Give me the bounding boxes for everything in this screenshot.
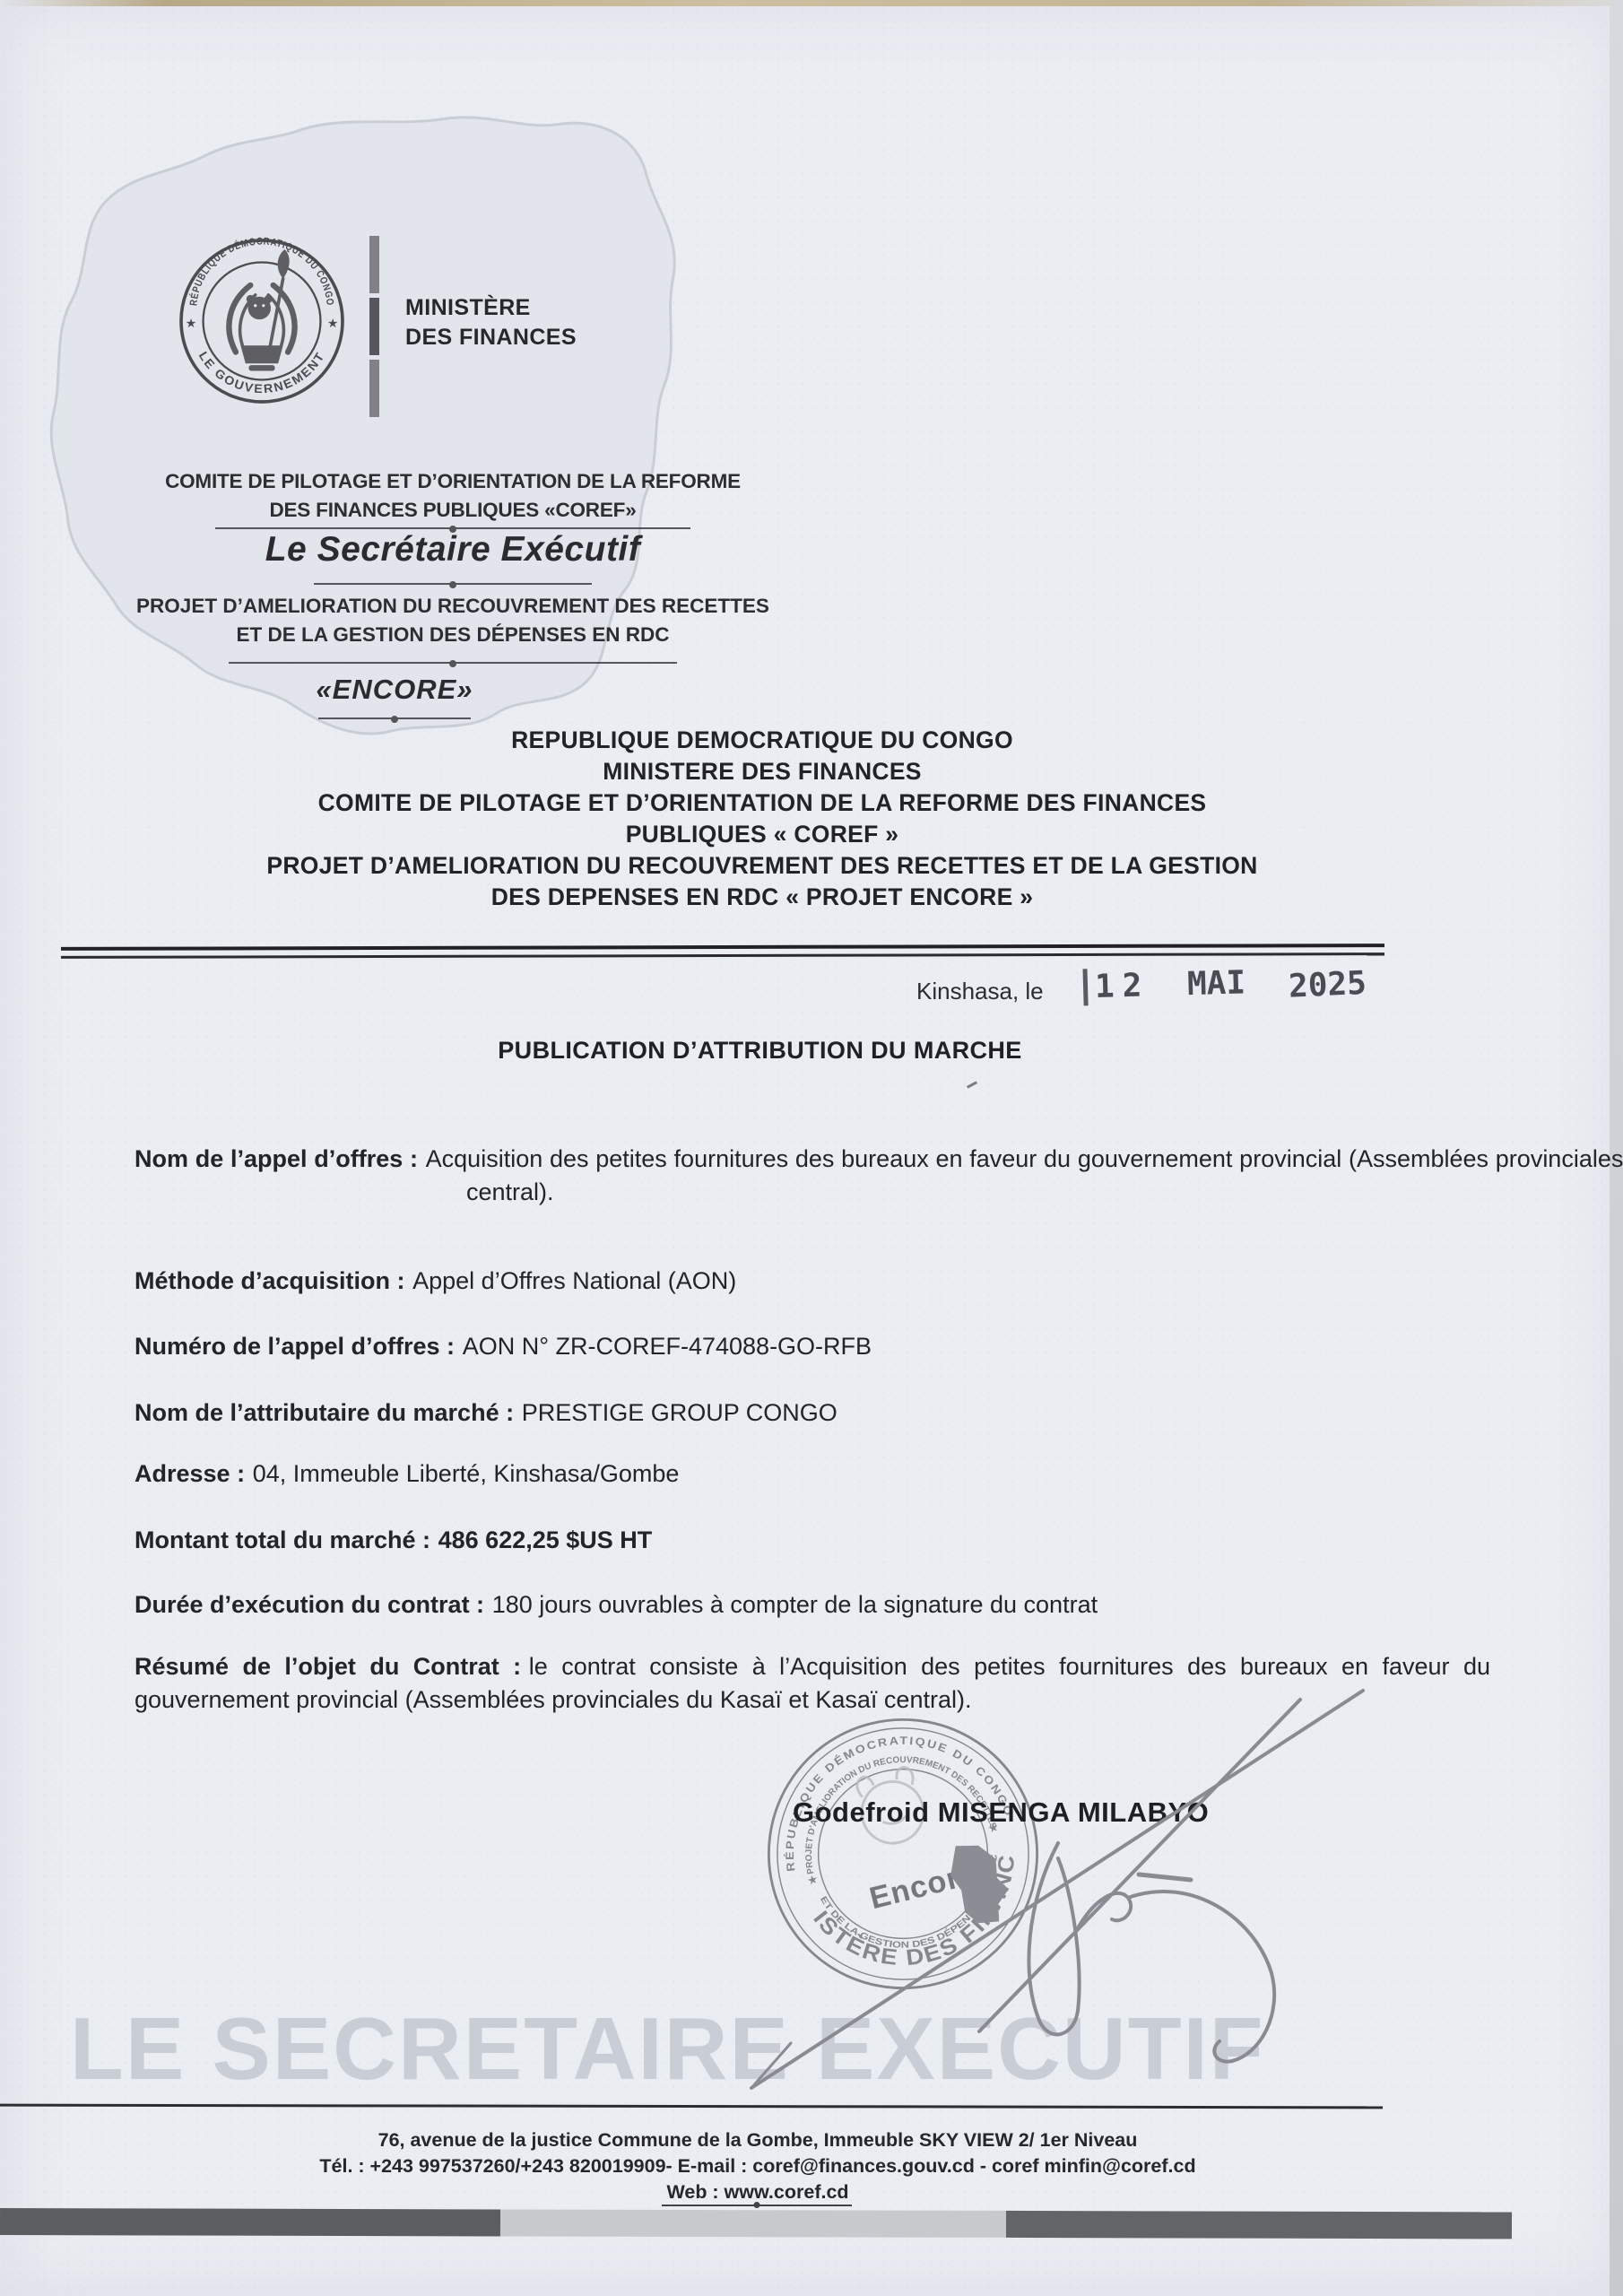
svg-text:RÉPUBLIQUE DÉMOCRATIQUE DU CON: RÉPUBLIQUE DÉMOCRATIQUE DU CONGO [188, 237, 334, 307]
project-name: PROJET D’AMELIORATION DU RECOUVREMENT DE… [76, 592, 829, 649]
field-value: Acquisition des petites fournitures des … [426, 1145, 1623, 1205]
map-watermark [22, 103, 704, 758]
seal-ring-top-text: RÉPUBLIQUE DÉMOCRATIQUE DU CONGO [188, 237, 334, 307]
footer-bar-segment-empty [1512, 2212, 1623, 2239]
date-stamp: 12 MAI 2025 [1082, 961, 1366, 1006]
committee-line1: COMITE DE PILOTAGE ET D’ORIENTATION DE L… [121, 467, 785, 496]
field-label: Nom de l’appel d’offres : [135, 1145, 426, 1172]
field-value: PRESTIGE GROUP CONGO [522, 1399, 838, 1426]
footer-contact-block: 76, avenue de la justice Commune de la G… [161, 2127, 1354, 2205]
field-methode-acquisition: Méthode d’acquisition :Appel d’Offres Na… [135, 1265, 1490, 1298]
field-value: AON N° ZR-COREF-474088-GO-RFB [463, 1333, 872, 1360]
document-header: REPUBLIQUE DEMOCRATIQUE DU CONGO MINISTE… [126, 725, 1399, 913]
seal-star-right: ★ [328, 317, 338, 329]
secretary-title: Le Secrétaire Exécutif [121, 530, 785, 570]
signature-icon [717, 1659, 1417, 2126]
header-line2: MINISTERE DES FINANCES [126, 756, 1399, 787]
field-label: Durée d’exécution du contrat : [135, 1591, 492, 1618]
field-label: Montant total du marché : [135, 1526, 438, 1553]
header-line4: PUBLIQUES « COREF » [126, 819, 1399, 850]
letterhead-divider-bar [369, 236, 379, 417]
ministry-line2: DES FINANCES [405, 323, 577, 352]
letterhead-rule-1 [215, 527, 690, 529]
date-stamp-year: 2025 [1288, 965, 1367, 1005]
seal-star-left: ★ [187, 317, 196, 329]
committee-line2: DES FINANCES PUBLIQUES «COREF» [121, 496, 785, 525]
field-montant-total: Montant total du marché :486 622,25 $US … [135, 1524, 1490, 1557]
letterhead-rule-4 [318, 717, 471, 719]
scanned-document-page: RÉPUBLIQUE DÉMOCRATIQUE DU CONGO LE GOUV… [0, 0, 1623, 2296]
field-value: Appel d’Offres National (AON) [412, 1267, 736, 1294]
letterhead-rule-2 [314, 583, 592, 585]
field-adresse: Adresse :04, Immeuble Liberté, Kinshasa/… [135, 1457, 1490, 1491]
field-duree-execution: Durée d’exécution du contrat :180 jours … [135, 1588, 1490, 1622]
scan-edge-top [0, 0, 1623, 6]
dateline-place: Kinshasa, le [916, 978, 1044, 1005]
footer-website-underline [662, 2205, 852, 2206]
project-line2: ET DE LA GESTION DES DÉPENSES EN RDC [76, 621, 829, 649]
footer-address: 76, avenue de la justice Commune de la G… [161, 2127, 1354, 2153]
committee-name: COMITE DE PILOTAGE ET D’ORIENTATION DE L… [121, 467, 785, 525]
project-acronym: «ENCORE» [126, 674, 664, 706]
project-line1: PROJET D’AMELIORATION DU RECOUVREMENT DE… [76, 592, 829, 621]
stamp-artifact-mark [967, 1081, 977, 1088]
footer-phone-email: Tél. : +243 997537260/+243 820019909- E-… [161, 2153, 1354, 2179]
footer-color-bar [0, 2208, 1623, 2239]
date-stamp-month: MAI [1186, 964, 1245, 1003]
national-seal-icon: RÉPUBLIQUE DÉMOCRATIQUE DU CONGO LE GOUV… [172, 231, 352, 411]
field-value: 04, Immeuble Liberté, Kinshasa/Gombe [253, 1460, 680, 1487]
header-line5: PROJET D’AMELIORATION DU RECOUVREMENT DE… [126, 850, 1399, 882]
field-label: Méthode d’acquisition : [135, 1267, 412, 1294]
field-label: Adresse : [135, 1460, 253, 1487]
field-numero-appel-offres: Numéro de l’appel d’offres :AON N° ZR-CO… [135, 1330, 1490, 1363]
footer-bar-segment-dark-left [0, 2208, 500, 2236]
field-value: 486 622,25 $US HT [438, 1526, 653, 1553]
field-label: Numéro de l’appel d’offres : [135, 1333, 463, 1360]
header-line3: COMITE DE PILOTAGE ET D’ORIENTATION DE L… [126, 787, 1399, 819]
page-title: PUBLICATION D’ATTRIBUTION DU MARCHE [135, 1037, 1385, 1065]
header-line6: DES DEPENSES EN RDC « PROJET ENCORE » [126, 882, 1399, 913]
footer-bar-segment-dark-right [1006, 2211, 1512, 2239]
header-double-rule [61, 944, 1384, 959]
ministry-name: MINISTÈRE DES FINANCES [405, 293, 577, 352]
field-attributaire: Nom de l’attributaire du marché :PRESTIG… [135, 1396, 1490, 1430]
ministry-line1: MINISTÈRE [405, 293, 577, 323]
footer-bar-segment-light [500, 2209, 1006, 2237]
header-line1: REPUBLIQUE DEMOCRATIQUE DU CONGO [126, 725, 1399, 756]
letterhead-rule-3 [229, 662, 677, 664]
field-label: Nom de l’attributaire du marché : [135, 1399, 522, 1426]
field-label: Résumé de l’objet du Contrat : [135, 1653, 529, 1680]
date-stamp-day: 12 [1082, 967, 1150, 1005]
field-nom-appel-offres: Nom de l’appel d’offres :Acquisition des… [135, 1143, 1623, 1209]
field-value: 180 jours ouvrables à compter de la sign… [492, 1591, 1098, 1618]
